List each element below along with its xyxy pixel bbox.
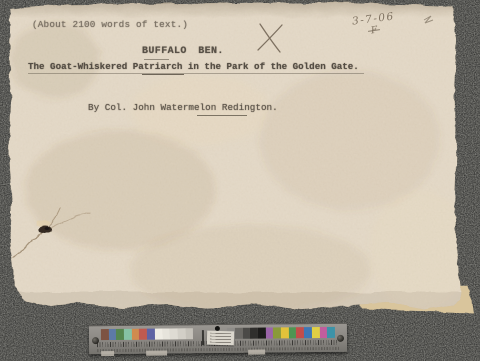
title-underline bbox=[144, 59, 169, 60]
colorbar-patch bbox=[327, 327, 335, 338]
word-count-note: (About 2100 words of text.) bbox=[32, 20, 188, 30]
colorbar-patch bbox=[116, 329, 124, 340]
colorbar-patch bbox=[258, 328, 266, 339]
colorbar-patch bbox=[304, 327, 312, 338]
colorbar-patch bbox=[109, 329, 117, 340]
colorbar-patch bbox=[312, 327, 320, 338]
colorbar-patch bbox=[132, 329, 140, 340]
stain bbox=[260, 70, 440, 210]
stain bbox=[10, 22, 100, 98]
manuscript-title: BUFFALO BEN. bbox=[142, 46, 224, 57]
colorbar-tab bbox=[248, 350, 265, 355]
colorbar-patch bbox=[266, 327, 274, 338]
colorbar-tab bbox=[146, 350, 167, 355]
colorbar-patch bbox=[124, 329, 132, 340]
colorbar-tab bbox=[101, 351, 114, 356]
paper-tear-hole bbox=[39, 225, 52, 233]
tear-highlight bbox=[36, 220, 50, 226]
colorbar-patch bbox=[155, 329, 163, 340]
manuscript-byline: By Col. John Watermelon Redington. bbox=[88, 103, 278, 113]
manuscript-subtitle: The Goat-Whiskered Patriarch in the Park… bbox=[28, 62, 359, 72]
byline-underline bbox=[197, 115, 247, 116]
colorbar bbox=[89, 323, 347, 354]
stain bbox=[130, 225, 370, 315]
colorbar-patch bbox=[147, 329, 155, 340]
colorbar-label-tick bbox=[202, 330, 204, 345]
colorbar-patch bbox=[319, 327, 327, 338]
paper-tear-hole-center bbox=[45, 227, 50, 230]
colorbar-patch bbox=[101, 329, 109, 340]
colorbar-patch bbox=[185, 328, 193, 339]
colorbar-patch bbox=[296, 327, 304, 338]
colorbar-patch bbox=[178, 328, 186, 339]
paper-sheet bbox=[0, 0, 480, 340]
scan-canvas: (About 2100 words of text.) BUFFALO BEN.… bbox=[0, 0, 480, 361]
colorbar-patch bbox=[289, 327, 297, 338]
subtitle-underline bbox=[28, 73, 364, 74]
colorbar-patch bbox=[139, 329, 147, 340]
colorbar-patch bbox=[243, 328, 251, 339]
colorbar-patch bbox=[250, 328, 258, 339]
colorbar-patch bbox=[170, 328, 178, 339]
colorbar-patch bbox=[273, 327, 281, 338]
colorbar-patch bbox=[235, 328, 243, 339]
colorbar-label-text-lines bbox=[210, 333, 231, 344]
colorbar-patch bbox=[162, 328, 170, 339]
scan-background bbox=[0, 0, 480, 361]
colorbar-microtext bbox=[97, 347, 339, 352]
colorbar-label bbox=[207, 331, 234, 346]
subtitle-underline-dark bbox=[142, 74, 184, 75]
colorbar-patch bbox=[281, 327, 289, 338]
